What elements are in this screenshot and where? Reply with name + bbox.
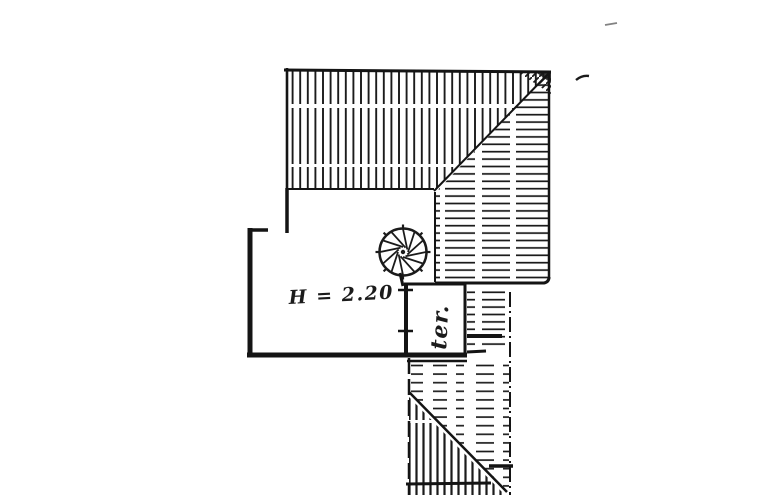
room-height-label: H = 2.20 bbox=[287, 282, 394, 310]
floor-plan-sketch: H = 2.20 bbox=[0, 0, 780, 495]
strip-step-mark bbox=[467, 351, 486, 352]
staircase-newel-post bbox=[401, 250, 405, 254]
stray-mark-top bbox=[605, 23, 617, 25]
strip-horizontal-hatch bbox=[467, 289, 505, 347]
scanned-plan-sheet: H = 2.20 bbox=[0, 0, 780, 495]
spiral-staircase-symbol bbox=[376, 225, 431, 287]
upper-roof bbox=[284, 68, 551, 283]
terrace-side-strip bbox=[467, 289, 505, 352]
stray-mark-right bbox=[576, 76, 589, 80]
lower-block-bottom-band bbox=[406, 483, 491, 484]
terrace-label: ter. bbox=[426, 304, 454, 351]
roof-top-edge bbox=[284, 70, 551, 72]
terrace: ter. bbox=[398, 283, 466, 355]
stray-pen-marks bbox=[576, 23, 617, 80]
